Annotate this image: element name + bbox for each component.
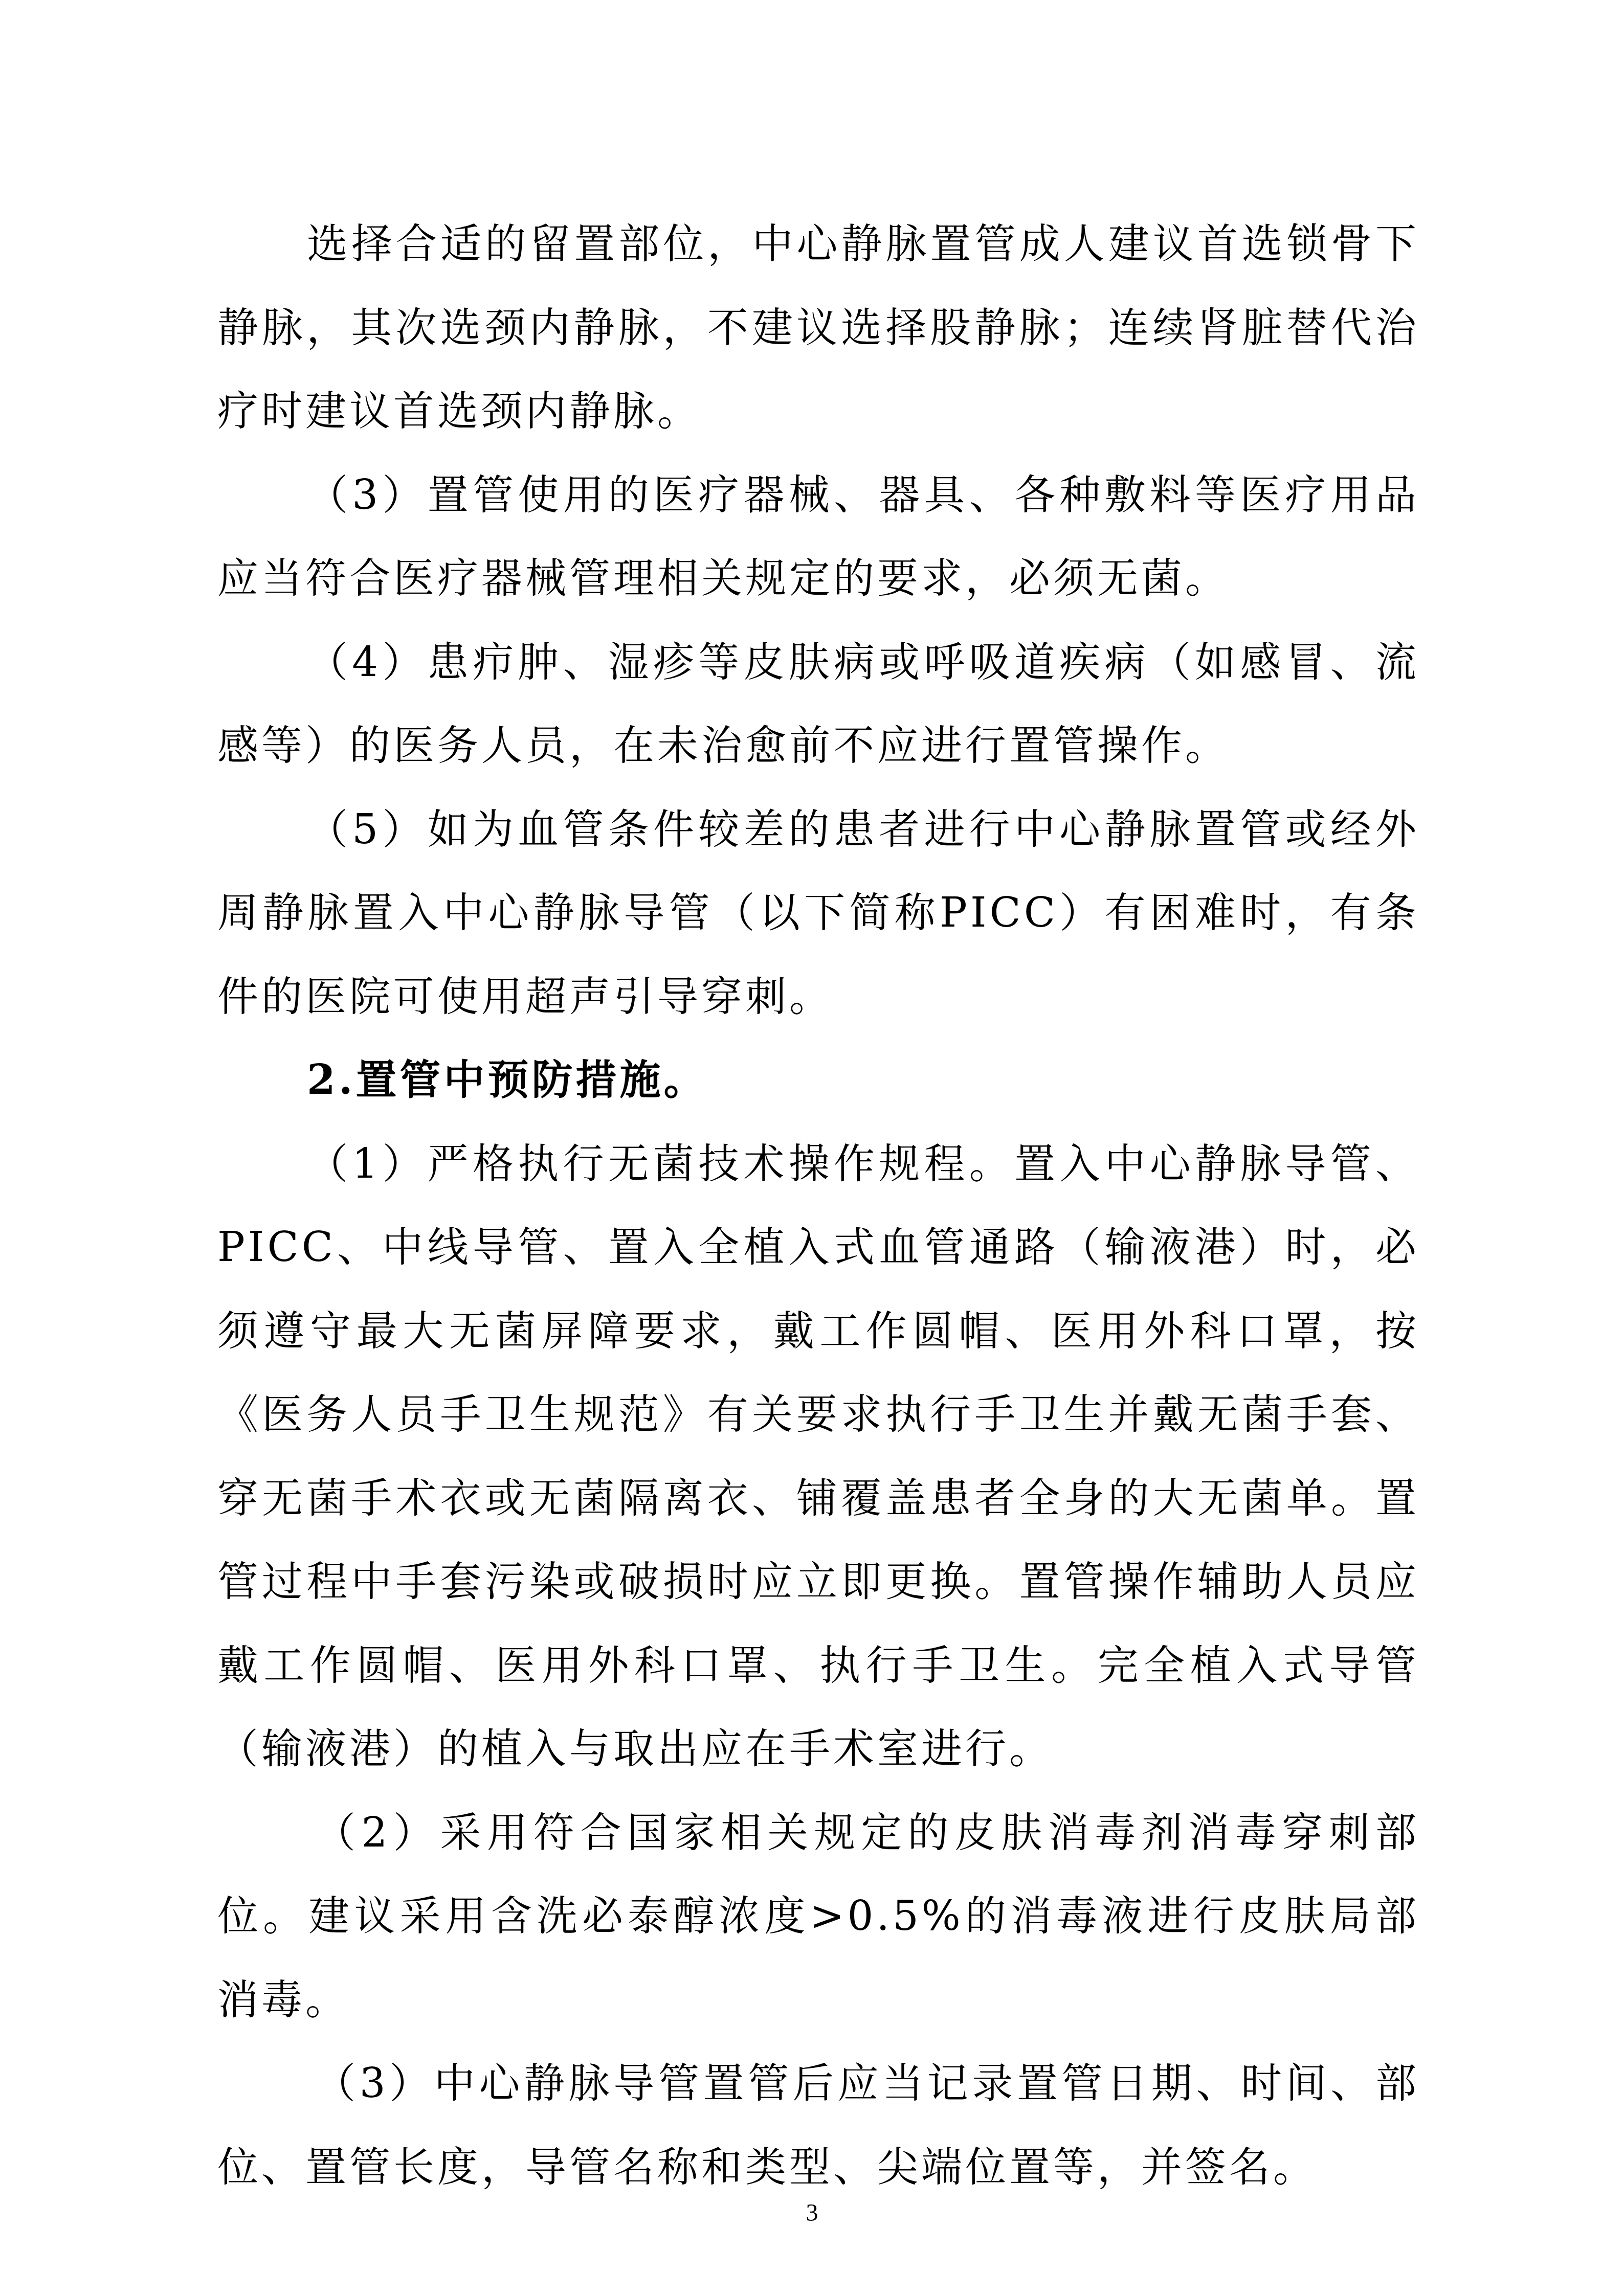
document-body: 选择合适的留置部位，中心静脉置管成人建议首选锁骨下静脉，其次选颈内静脉，不建议选… <box>217 202 1419 2209</box>
paragraph-item-5-ultrasound: （5）如为血管条件较差的患者进行中心静脉置管或经外周静脉置入中心静脉导管（以下简… <box>217 787 1419 1039</box>
document-page: 选择合适的留置部位，中心静脉置管成人建议首选锁骨下静脉，其次选颈内静脉，不建议选… <box>0 0 1624 2296</box>
section-heading-2: 2.置管中预防措施。 <box>217 1038 1419 1122</box>
paragraph-sec2-item-2-disinfection: （2）采用符合国家相关规定的皮肤消毒剂消毒穿刺部位。建议采用含洗必泰醇浓度>0.… <box>217 1791 1419 2042</box>
paragraph-sec2-item-1-aseptic: （1）严格执行无菌技术操作规程。置入中心静脉导管、PICC、中线导管、置入全植入… <box>217 1122 1419 1791</box>
paragraph-item-4-staff-illness: （4）患疖肿、湿疹等皮肤病或呼吸道疾病（如感冒、流感等）的医务人员，在未治愈前不… <box>217 620 1419 787</box>
paragraph-site-selection: 选择合适的留置部位，中心静脉置管成人建议首选锁骨下静脉，其次选颈内静脉，不建议选… <box>217 202 1419 453</box>
paragraph-item-3-devices: （3）置管使用的医疗器械、器具、各种敷料等医疗用品应当符合医疗器械管理相关规定的… <box>217 453 1419 620</box>
page-number: 3 <box>0 2199 1624 2227</box>
paragraph-sec2-item-3-records: （3）中心静脉导管置管后应当记录置管日期、时间、部位、置管长度，导管名称和类型、… <box>217 2041 1419 2209</box>
